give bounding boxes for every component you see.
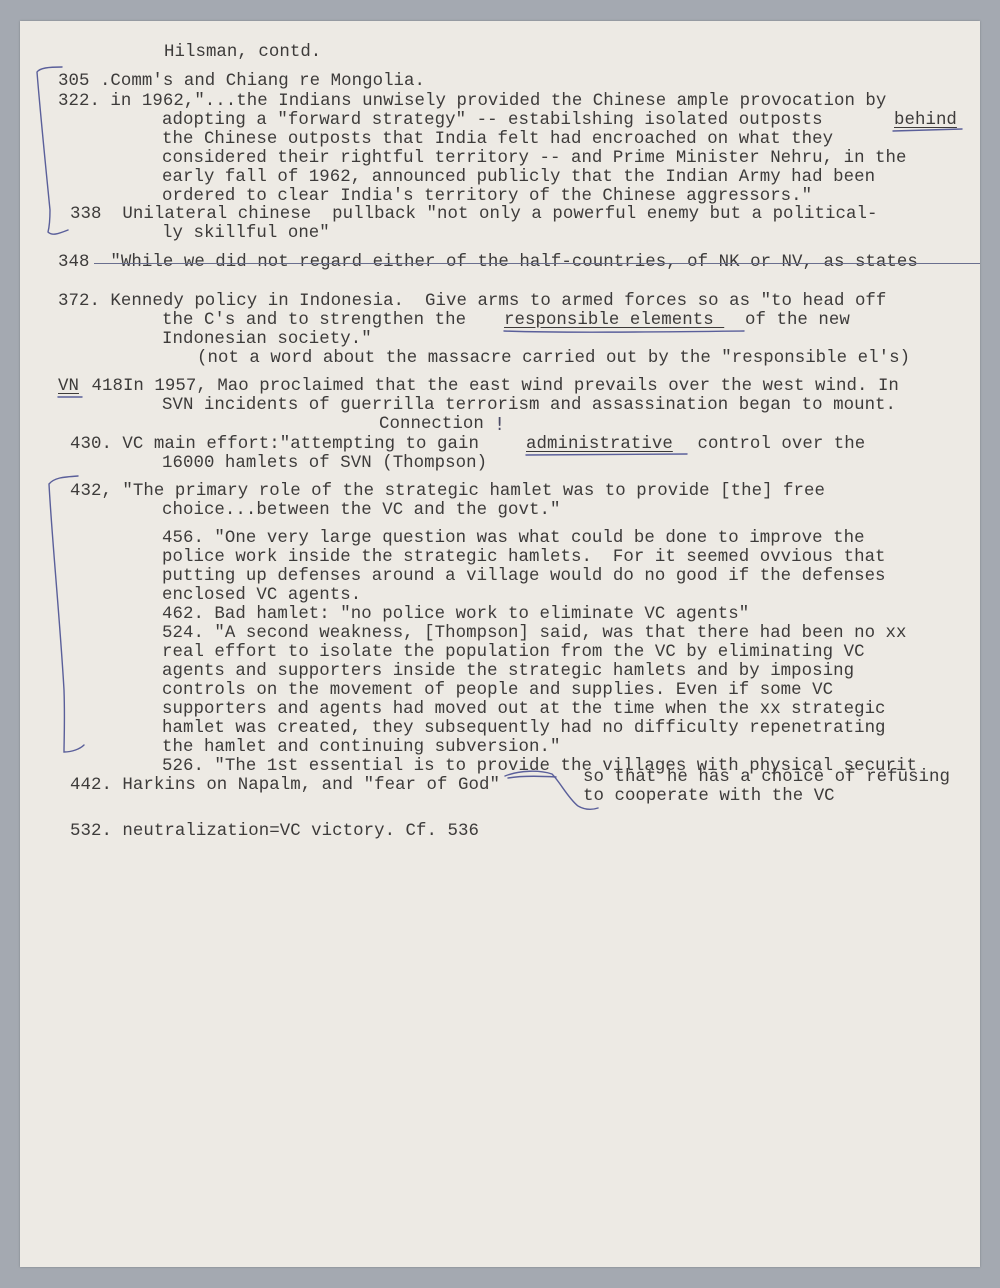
entry-372-note: (not a word about the massacre carried o… bbox=[197, 349, 910, 368]
strikethrough-348 bbox=[94, 263, 980, 264]
entry-418-line1: 418In 1957, Mao proclaimed that the east… bbox=[81, 377, 899, 396]
entry-456-line4: enclosed VC agents. bbox=[162, 586, 361, 605]
entry-524-line1: 524. "A second weakness, [Thompson] said… bbox=[162, 624, 907, 643]
entry-432-line1: 432, "The primary role of the strategic … bbox=[70, 482, 825, 501]
entry-430-underlined-administrative: administrative bbox=[526, 435, 673, 454]
entry-418-connection: Connection bbox=[379, 415, 484, 434]
entry-305: 305 .Comm's and Chiang re Mongolia. bbox=[58, 72, 425, 91]
entry-322-line6: ordered to clear India's territory of th… bbox=[162, 187, 812, 206]
entry-524-line3: agents and supporters inside the strateg… bbox=[162, 662, 854, 681]
entry-432-line2: choice...between the VC and the govt." bbox=[162, 501, 560, 520]
entry-430-line1-pre: 430. VC main effort:"attempting to gain bbox=[70, 435, 489, 454]
entry-338-line1: 338 Unilateral chinese pullback "not onl… bbox=[70, 205, 877, 224]
entry-322-underlined-behind: behind bbox=[894, 111, 957, 130]
entry-526-line2: so that he has a choice of refusing bbox=[583, 768, 950, 787]
entry-322-line1: 322. in 1962,"...the Indians unwisely pr… bbox=[58, 92, 886, 111]
entry-322-line4: considered their rightful territory -- a… bbox=[162, 149, 907, 168]
entry-442: 442. Harkins on Napalm, and "fear of God… bbox=[70, 776, 500, 795]
entry-322-line5: early fall of 1962, announced publicly t… bbox=[162, 168, 875, 187]
entry-526-line3: to cooperate with the VC bbox=[583, 787, 835, 806]
entry-524-line5: supporters and agents had moved out at t… bbox=[162, 700, 886, 719]
entry-430-line1-post: control over the bbox=[687, 435, 865, 454]
entry-430-line2: 16000 hamlets of SVN (Thompson) bbox=[162, 454, 487, 473]
vn-marker: VN bbox=[58, 377, 79, 396]
entry-524-line2: real effort to isolate the population fr… bbox=[162, 643, 865, 662]
entry-372-underlined-responsible-elements: responsible elements bbox=[504, 311, 724, 330]
entry-456-line2: police work inside the strategic hamlets… bbox=[162, 548, 886, 567]
entry-532: 532. neutralization=VC victory. Cf. 536 bbox=[70, 822, 479, 841]
entry-322-line3: the Chinese outposts that India felt had… bbox=[162, 130, 833, 149]
entry-372-line2-post: of the new bbox=[745, 311, 850, 330]
entry-524-line4: controls on the movement of people and s… bbox=[162, 681, 833, 700]
entry-418-line2: SVN incidents of guerrilla terrorism and… bbox=[162, 396, 896, 415]
entry-524-line6: hamlet was created, they subsequently ha… bbox=[162, 719, 886, 738]
entry-462: 462. Bad hamlet: "no police work to elim… bbox=[162, 605, 749, 624]
entry-372-line2-pre: the C's and to strengthen the bbox=[162, 311, 477, 330]
entry-372-line3: Indonesian society." bbox=[162, 330, 372, 349]
entry-524-line7: the hamlet and continuing subversion." bbox=[162, 738, 560, 757]
handwritten-exclamation: ! bbox=[496, 414, 503, 435]
entry-456-line1: 456. "One very large question was what c… bbox=[162, 529, 865, 548]
entry-456-line3: putting up defenses around a village wou… bbox=[162, 567, 886, 586]
entry-338-line2: ly skillful one" bbox=[162, 224, 330, 243]
entry-322-line2: adopting a "forward strategy" -- estabil… bbox=[162, 111, 833, 130]
page-header: Hilsman, contd. bbox=[164, 43, 321, 62]
entry-372-line1: 372. Kennedy policy in Indonesia. Give a… bbox=[58, 292, 886, 311]
